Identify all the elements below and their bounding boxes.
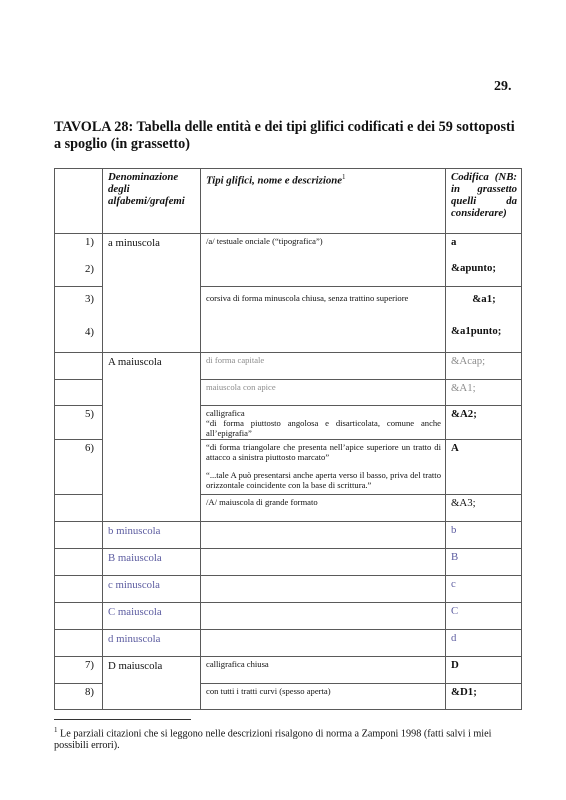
row-number: 6)	[55, 440, 103, 495]
glyph-code: &D1;	[446, 684, 522, 710]
header-code-label: Codifica (NB: in grassetto quelli da con…	[451, 171, 517, 219]
glyph-code: C	[446, 603, 522, 630]
row-number	[55, 576, 103, 603]
glyph-description	[201, 603, 446, 630]
glyph-code: a &apunto;	[446, 234, 522, 287]
description-line: “di forma triangolare che presenta nell’…	[206, 442, 441, 462]
grapheme-name: D maiuscola	[103, 657, 201, 710]
glyph-description: di forma capitale	[201, 353, 446, 380]
table-row: b minuscola b	[55, 522, 522, 549]
glyph-description: maiuscola con apice	[201, 380, 446, 406]
glyph-code: b	[446, 522, 522, 549]
footnote-text: Le parziali citazioni che si leggono nel…	[54, 728, 491, 751]
glyph-description: calligrafica “di forma piuttosto angolos…	[201, 406, 446, 440]
glyph-code: &a1; &a1punto;	[446, 287, 522, 353]
grapheme-name: d minuscola	[103, 630, 201, 657]
glyph-description: “di forma triangolare che presenta nell’…	[201, 440, 446, 495]
grapheme-name: c minuscola	[103, 576, 201, 603]
row-number	[55, 380, 103, 406]
footnote-marker: 1	[54, 726, 58, 734]
table-row: A maiuscola di forma capitale &Acap;	[55, 353, 522, 380]
header-types-label: Tipi glifici, nome e descrizione	[206, 175, 342, 187]
page-number: 29.	[494, 79, 512, 95]
glyph-description: /a/ testuale onciale (“tipografica”)	[201, 234, 446, 287]
glyph-description: calligrafica chiusa	[201, 657, 446, 684]
glyph-code: &A1;	[446, 380, 522, 406]
row-number	[55, 353, 103, 380]
row-number	[55, 495, 103, 522]
header-types: Tipi glifici, nome e descrizione1	[201, 169, 446, 234]
glyph-table: Denominazione degli alfabemi/grafemi Tip…	[54, 168, 522, 710]
code-label: a	[451, 236, 517, 248]
table-row: 1) 2) a minuscola /a/ testuale onciale (…	[55, 234, 522, 287]
code-label: &apunto;	[451, 262, 517, 274]
glyph-description	[201, 576, 446, 603]
row-number: 8)	[55, 684, 103, 710]
glyph-code: d	[446, 630, 522, 657]
table-row: C maiuscola C	[55, 603, 522, 630]
row-number: 5)	[55, 406, 103, 440]
description-line: “...tale A può presentarsi anche aperta …	[206, 470, 441, 490]
glyph-description	[201, 630, 446, 657]
grapheme-name: A maiuscola	[103, 353, 201, 522]
table-row: c minuscola c	[55, 576, 522, 603]
glyph-description: /A/ maiuscola di grande formato	[201, 495, 446, 522]
row-number	[55, 603, 103, 630]
glyph-description: con tutti i tratti curvi (spesso aperta)	[201, 684, 446, 710]
row-number: 7)	[55, 657, 103, 684]
header-number	[55, 169, 103, 234]
glyph-description: corsiva di forma minuscola chiusa, senza…	[201, 287, 446, 353]
number-label: 1)	[60, 236, 94, 249]
glyph-description	[201, 549, 446, 576]
row-number: 1) 2)	[55, 234, 103, 287]
grapheme-name: B maiuscola	[103, 549, 201, 576]
table-row: 7) D maiuscola calligrafica chiusa D	[55, 657, 522, 684]
glyph-code: D	[446, 657, 522, 684]
glyph-code: &A2;	[446, 406, 522, 440]
glyph-code: &A3;	[446, 495, 522, 522]
description-line: “di forma piuttosto angolosa e disartico…	[206, 418, 441, 438]
row-number: 3) 4)	[55, 287, 103, 353]
code-label: &a1;	[451, 293, 517, 305]
grapheme-name: C maiuscola	[103, 603, 201, 630]
header-name: Denominazione degli alfabemi/grafemi	[103, 169, 201, 234]
grapheme-name: a minuscola	[103, 234, 201, 353]
number-label: 4)	[60, 326, 94, 339]
description-line: calligrafica	[206, 408, 441, 418]
row-number	[55, 630, 103, 657]
header-code: Codifica (NB: in grassetto quelli da con…	[446, 169, 522, 234]
glyph-code: A	[446, 440, 522, 495]
table-title: TAVOLA 28: Tabella delle entità e dei ti…	[54, 119, 524, 153]
glyph-code: &Acap;	[446, 353, 522, 380]
glyph-code: B	[446, 549, 522, 576]
number-label: 3)	[60, 293, 94, 306]
row-number	[55, 549, 103, 576]
footnote-ref: 1	[342, 173, 346, 181]
glyph-code: c	[446, 576, 522, 603]
code-label: &a1punto;	[451, 325, 517, 337]
number-label: 2)	[60, 263, 94, 276]
glyph-description	[201, 522, 446, 549]
footnote: 1 Le parziali citazioni che si leggono n…	[54, 724, 522, 752]
row-number	[55, 522, 103, 549]
footnote-separator	[54, 719, 191, 720]
table-row: B maiuscola B	[55, 549, 522, 576]
grapheme-name: b minuscola	[103, 522, 201, 549]
table-header-row: Denominazione degli alfabemi/grafemi Tip…	[55, 169, 522, 234]
table-row: d minuscola d	[55, 630, 522, 657]
